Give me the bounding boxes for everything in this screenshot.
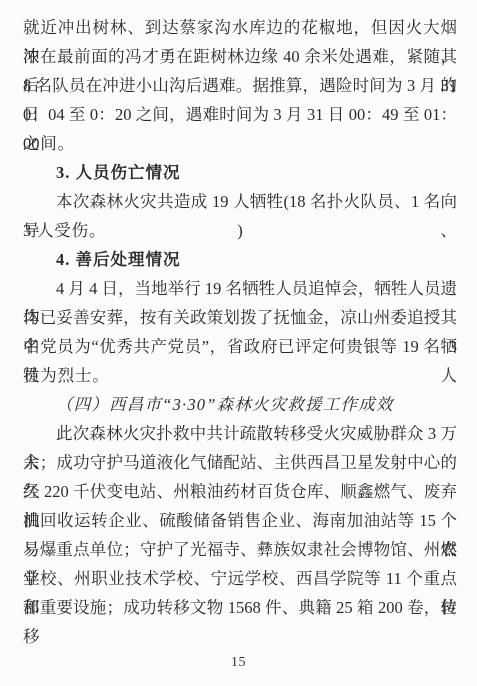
text-line: 0：04 至 0：20 之间，遇难时间为 3 月 31 日 00：49 至 01… bbox=[23, 100, 457, 129]
text-line: 就近冲出树林、到达蔡家沟水库边的花椒地，但因火大烟浓， bbox=[23, 13, 457, 42]
text-line: 均已妥善安葬，按有关政策划拨了抚恤金，凉山州委追授其中 3 bbox=[23, 303, 457, 332]
section-heading: 4. 善后处理情况 bbox=[23, 245, 457, 274]
section-heading: （四）西昌市“3·30”森林火灾救援工作成效 bbox=[23, 390, 457, 419]
text-line: 之间。 bbox=[23, 129, 457, 158]
text-line: 久 220 千伏变电站、州粮油药材百货仓库、顺鑫燃气、废弃机 bbox=[23, 477, 457, 506]
page-number: 15 bbox=[0, 655, 477, 671]
text-line: 学校、州职业技术学校、宁远学校、西昌学院等 11 个重点部位 bbox=[23, 564, 457, 593]
text-line: 油回收运转企业、硫酸储备销售企业、海南加油站等 15 个易燃 bbox=[23, 506, 457, 535]
text-line: 人；成功守护马道液化气储配站、主供西昌卫星发射中心的经 bbox=[23, 448, 457, 477]
text-line: 和重要设施；成功转移文物 1568 件、典籍 25 箱 200 卷，转移 bbox=[23, 593, 457, 622]
text-line: 易爆重点单位；守护了光福寺、彝族奴隶社会博物馆、州农业 bbox=[23, 535, 457, 564]
document-body: 就近冲出树林、到达蔡家沟水库边的花椒地，但因火大烟浓，冲在最前面的冯才勇在距树林… bbox=[23, 13, 457, 622]
text-line: 名党员为“优秀共产党员”，省政府已评定何贵银等 19 名牺牲人 bbox=[23, 332, 457, 361]
section-heading: 3. 人员伤亡情况 bbox=[23, 158, 457, 187]
document-page: 就近冲出树林、到达蔡家沟水库边的花椒地，但因火大烟浓，冲在最前面的冯才勇在距树林… bbox=[0, 0, 477, 686]
text-line: 冲在最前面的冯才勇在距树林边缘 40 余米处遇难，紧随其后的 bbox=[23, 42, 457, 71]
text-line: 8 名队员在冲进小山沟后遇难。据推算，遇险时间为 3 月 31 日 bbox=[23, 71, 457, 100]
text-line: 此次森林火灾扑救中共计疏散转移受火灾威胁群众 3 万余 bbox=[23, 419, 457, 448]
text-line: 本次森林火灾共造成 19 人牺牲(18 名扑火队员、1 名向导)、 bbox=[23, 187, 457, 216]
text-line: 4 月 4 日，当地举行 19 名牺牲人员追悼会，牺牲人员遗体 bbox=[23, 274, 457, 303]
